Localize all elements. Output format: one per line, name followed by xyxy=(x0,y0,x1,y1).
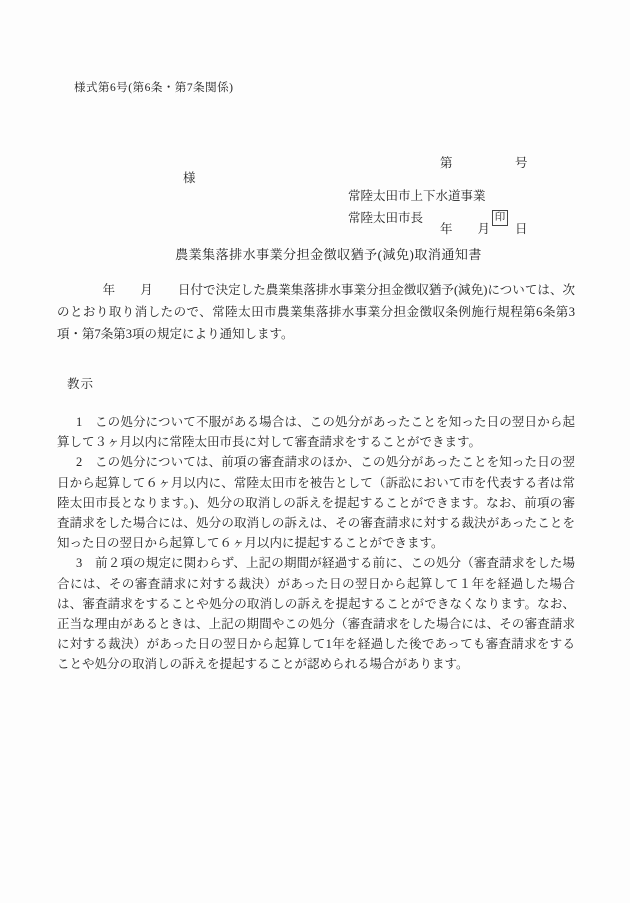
kyoji-item-2: 2 この処分については、前項の審査請求のほか、この処分があったことを知った日の翌… xyxy=(57,452,575,553)
addressee-honorific: 様 xyxy=(183,168,196,186)
sender-organization: 常陸太田市上下水道事業 xyxy=(348,185,508,207)
sender-title: 常陸太田市長 xyxy=(348,207,423,229)
kyoji-heading: 教示 xyxy=(67,374,94,392)
kyoji-item-3: 3 前２項の規定に関わらず、上記の期間が経過する前に、この処分（審査請求をした場… xyxy=(57,553,575,674)
form-number: 様式第6号(第6条・第7条関係) xyxy=(74,79,233,95)
main-paragraph: 年 月 日付で決定した農業集落排水事業分担金徴収猶予(減免)については、次のとお… xyxy=(57,280,575,345)
sender-title-line: 常陸太田市長 印 xyxy=(348,207,508,229)
kyoji-item-1: 1 この処分について不服がある場合は、この処分があったことを知った日の翌日から起… xyxy=(57,412,575,452)
kyoji-list: 1 この処分について不服がある場合は、この処分があったことを知った日の翌日から起… xyxy=(57,412,575,675)
document-title: 農業集落排水事業分担金徴収猶予(減免)取消通知書 xyxy=(0,244,630,263)
doc-number-line: 第 号 xyxy=(440,152,528,174)
seal-stamp-box: 印 xyxy=(492,210,508,226)
sender-block: 常陸太田市上下水道事業 常陸太田市長 印 xyxy=(348,185,508,229)
document-page: 様式第6号(第6条・第7条関係) 第 号 年 月 日 様 常陸太田市上下水道事業… xyxy=(0,0,630,903)
